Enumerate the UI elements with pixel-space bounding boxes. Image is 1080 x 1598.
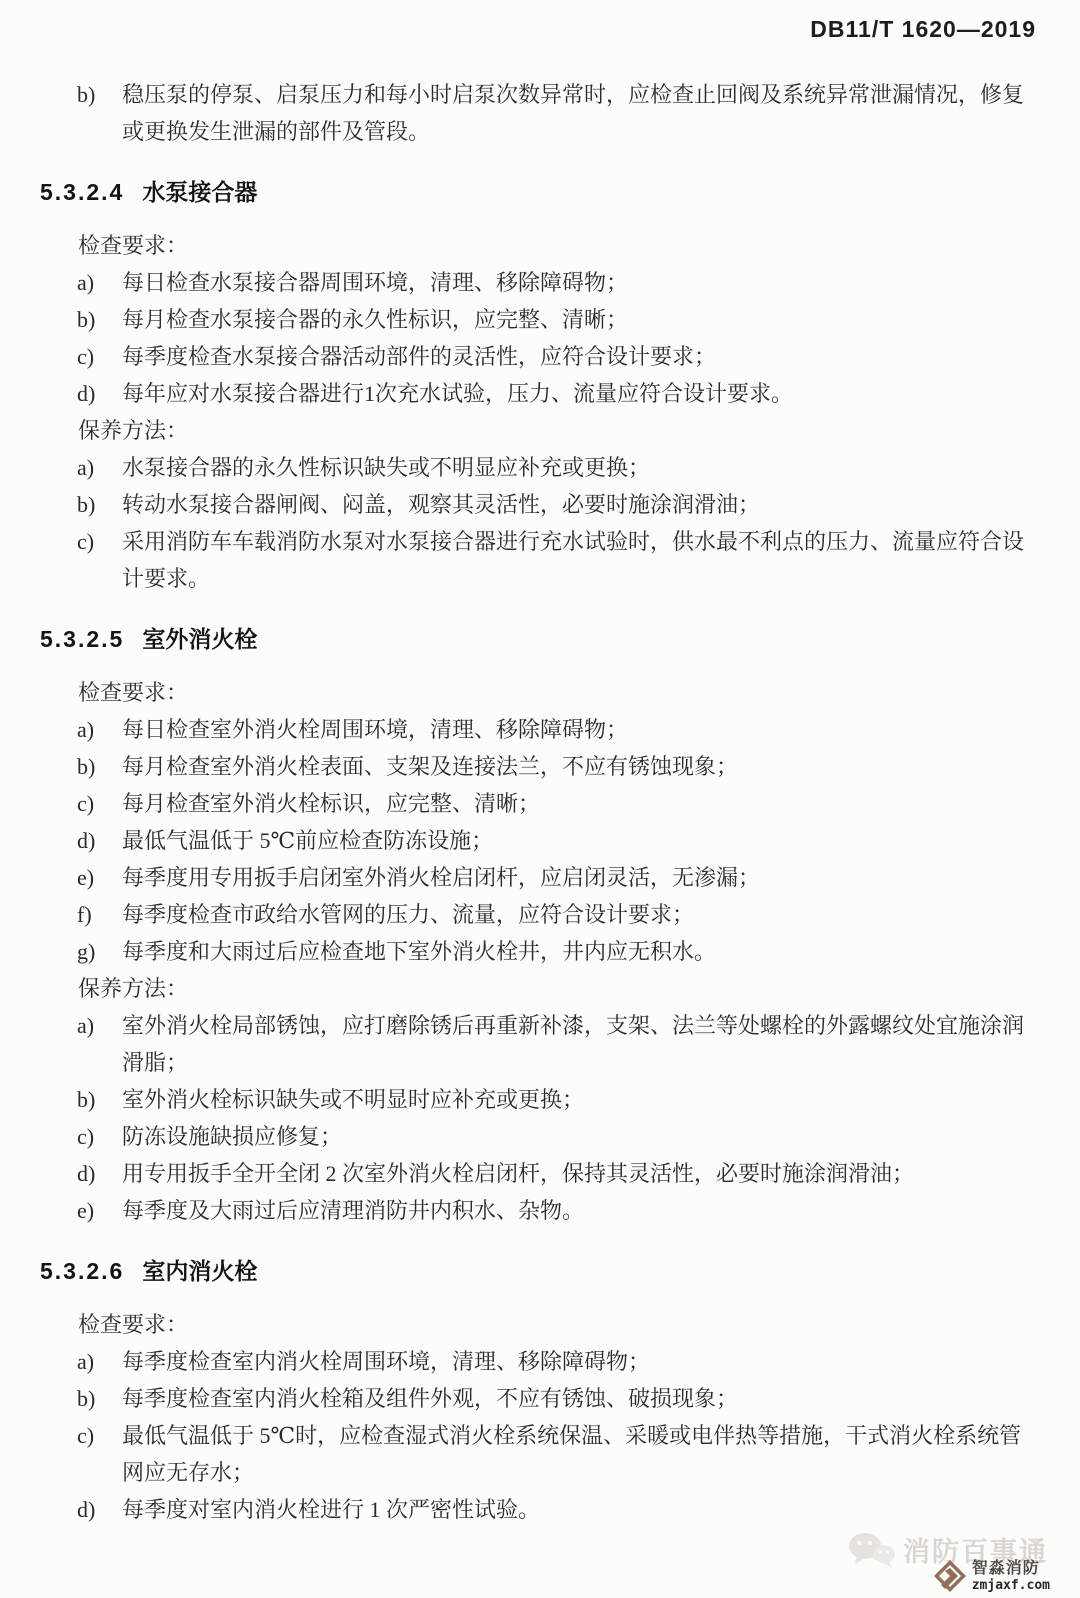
zhimiao-brand-name: 智淼消防	[972, 1560, 1050, 1578]
item-marker: d)	[77, 1155, 95, 1192]
list-label: 保养方法：	[78, 970, 1040, 1007]
item-marker: b)	[77, 748, 95, 785]
section-title: 室内消火栓	[142, 1258, 257, 1284]
document-content: b)稳压泵的停泵、启泵压力和每小时启泵次数异常时，应检查止回阀及系统异常泄漏情况…	[40, 76, 1040, 1528]
sections-container: 5.3.2.4水泵接合器检查要求：a)每日检查水泵接合器周围环境，清理、移除障碍…	[40, 172, 1040, 1528]
item-marker: a)	[77, 449, 94, 486]
list-item: a)水泵接合器的永久性标识缺失或不明显应补充或更换；	[77, 449, 1040, 486]
list-item: g)每季度和大雨过后应检查地下室外消火栓井，井内应无积水。	[77, 933, 1040, 970]
item-text: 每季度检查室内消火栓周围环境，清理、移除障碍物；	[122, 1349, 650, 1374]
list-item: b)每月检查室外消火栓表面、支架及连接法兰，不应有锈蚀现象；	[77, 748, 1040, 785]
item-text: 每季度及大雨过后应清理消防井内积水、杂物。	[122, 1198, 584, 1223]
section: 5.3.2.5室外消火栓检查要求：a)每日检查室外消火栓周围环境，清理、移除障碍…	[40, 619, 1040, 1229]
list-label: 检查要求：	[78, 674, 1040, 711]
list-item: c)每月检查室外消火栓标识，应完整、清晰；	[77, 785, 1040, 822]
list-item-lead: b)稳压泵的停泵、启泵压力和每小时启泵次数异常时，应检查止回阀及系统异常泄漏情况…	[77, 76, 1040, 150]
item-text: 室外消火栓标识缺失或不明显时应补充或更换；	[122, 1087, 584, 1112]
list-item: a)每日检查水泵接合器周围环境，清理、移除障碍物；	[77, 264, 1040, 301]
item-marker: b)	[77, 1081, 95, 1118]
item-text: 每月检查室外消火栓标识，应完整、清晰；	[122, 791, 540, 816]
item-text: 每季度和大雨过后应检查地下室外消火栓井，井内应无积水。	[122, 939, 716, 964]
list-item: c)每季度检查水泵接合器活动部件的灵活性，应符合设计要求；	[77, 338, 1040, 375]
item-marker: d)	[77, 822, 95, 859]
item-marker: b)	[77, 1380, 95, 1417]
list-item: d)每年应对水泵接合器进行1次充水试验，压力、流量应符合设计要求。	[77, 375, 1040, 412]
item-text: 每日检查室外消火栓周围环境，清理、移除障碍物；	[122, 717, 628, 742]
section-number: 5.3.2.5	[40, 626, 124, 652]
item-marker: g)	[77, 933, 95, 970]
section-heading: 5.3.2.5室外消火栓	[40, 619, 1040, 659]
item-text: 每月检查水泵接合器的永久性标识，应完整、清晰；	[122, 307, 628, 332]
list-label: 检查要求：	[78, 227, 1040, 264]
item-text: 转动水泵接合器闸阀、闷盖，观察其灵活性，必要时施涂润滑油；	[122, 492, 760, 517]
item-marker: b)	[77, 301, 95, 338]
item-text: 室外消火栓局部锈蚀，应打磨除锈后再重新补漆，支架、法兰等处螺栓的外露螺纹处宜施涂…	[122, 1013, 1024, 1075]
list-item: a)室外消火栓局部锈蚀，应打磨除锈后再重新补漆，支架、法兰等处螺栓的外露螺纹处宜…	[77, 1007, 1040, 1081]
list-item: f)每季度检查市政给水管网的压力、流量，应符合设计要求；	[77, 896, 1040, 933]
section-number: 5.3.2.6	[40, 1258, 124, 1284]
item-marker: a)	[77, 711, 94, 748]
list-item: e)每季度及大雨过后应清理消防井内积水、杂物。	[77, 1192, 1040, 1229]
item-text: 稳压泵的停泵、启泵压力和每小时启泵次数异常时，应检查止回阀及系统异常泄漏情况，修…	[122, 82, 1024, 144]
item-text: 每季度检查市政给水管网的压力、流量，应符合设计要求；	[122, 902, 694, 927]
item-marker: a)	[77, 1007, 94, 1044]
list-item: c)采用消防车车载消防水泵对水泵接合器进行充水试验时，供水最不利点的压力、流量应…	[77, 523, 1040, 597]
zhimiao-site-url: zmjaxf.com	[972, 1578, 1050, 1593]
item-marker: c)	[77, 785, 94, 822]
list-item: c)最低气温低于 5℃时，应检查湿式消火栓系统保温、采暖或电伴热等措施，干式消火…	[77, 1417, 1040, 1491]
item-text: 每日检查水泵接合器周围环境，清理、移除障碍物；	[122, 270, 628, 295]
item-marker: f)	[77, 896, 92, 933]
item-text: 最低气温低于 5℃前应检查防冻设施；	[122, 828, 493, 853]
item-text: 采用消防车车载消防水泵对水泵接合器进行充水试验时，供水最不利点的压力、流量应符合…	[122, 529, 1024, 591]
list-item: e)每季度用专用扳手启闭室外消火栓启闭杆，应启闭灵活，无渗漏；	[77, 859, 1040, 896]
zhimiao-watermark: 智淼消防 zmjaxf.com	[932, 1558, 1050, 1594]
item-text: 用专用扳手全开全闭 2 次室外消火栓启闭杆，保持其灵活性，必要时施涂润滑油；	[122, 1161, 914, 1186]
item-text: 每季度检查水泵接合器活动部件的灵活性，应符合设计要求；	[122, 344, 716, 369]
list-label: 检查要求：	[78, 1306, 1040, 1343]
item-text: 每季度对室内消火栓进行 1 次严密性试验。	[122, 1497, 540, 1522]
section-title: 室外消火栓	[142, 626, 257, 652]
section-number: 5.3.2.4	[40, 179, 124, 205]
item-marker: a)	[77, 264, 94, 301]
section: 5.3.2.6室内消火栓检查要求：a)每季度检查室内消火栓周围环境，清理、移除障…	[40, 1251, 1040, 1528]
item-marker: d)	[77, 375, 95, 412]
item-marker: c)	[77, 338, 94, 375]
item-text: 每季度用专用扳手启闭室外消火栓启闭杆，应启闭灵活，无渗漏；	[122, 865, 760, 890]
list-item: d)最低气温低于 5℃前应检查防冻设施；	[77, 822, 1040, 859]
list-label: 保养方法：	[78, 412, 1040, 449]
list-item: d)每季度对室内消火栓进行 1 次严密性试验。	[77, 1491, 1040, 1528]
item-text: 每年应对水泵接合器进行1次充水试验，压力、流量应符合设计要求。	[122, 381, 793, 406]
list-item: b)每月检查水泵接合器的永久性标识，应完整、清晰；	[77, 301, 1040, 338]
list-item: a)每日检查室外消火栓周围环境，清理、移除障碍物；	[77, 711, 1040, 748]
document-page: DB11/T 1620—2019 b)稳压泵的停泵、启泵压力和每小时启泵次数异常…	[0, 0, 1080, 1598]
doc-number: DB11/T 1620—2019	[810, 16, 1036, 43]
item-marker: b)	[77, 486, 95, 523]
item-marker: e)	[77, 1192, 94, 1229]
item-text: 最低气温低于 5℃时，应检查湿式消火栓系统保温、采暖或电伴热等措施，干式消火栓系…	[122, 1423, 1021, 1485]
section-heading: 5.3.2.4水泵接合器	[40, 172, 1040, 212]
item-text: 每季度检查室内消火栓箱及组件外观，不应有锈蚀、破损现象；	[122, 1386, 738, 1411]
wechat-icon	[847, 1531, 897, 1569]
list-item: a)每季度检查室内消火栓周围环境，清理、移除障碍物；	[77, 1343, 1040, 1380]
list-item: b)室外消火栓标识缺失或不明显时应补充或更换；	[77, 1081, 1040, 1118]
list-item: b)转动水泵接合器闸阀、闷盖，观察其灵活性，必要时施涂润滑油；	[77, 486, 1040, 523]
item-text: 水泵接合器的永久性标识缺失或不明显应补充或更换；	[122, 455, 650, 480]
list-item: c)防冻设施缺损应修复；	[77, 1118, 1040, 1155]
item-text: 防冻设施缺损应修复；	[122, 1124, 342, 1149]
section-heading: 5.3.2.6室内消火栓	[40, 1251, 1040, 1291]
section-title: 水泵接合器	[142, 179, 257, 205]
item-marker: b)	[77, 76, 95, 113]
zm-diamond-icon	[932, 1558, 968, 1594]
item-text: 每月检查室外消火栓表面、支架及连接法兰，不应有锈蚀现象；	[122, 754, 738, 779]
item-marker: d)	[77, 1491, 95, 1528]
list-item: d)用专用扳手全开全闭 2 次室外消火栓启闭杆，保持其灵活性，必要时施涂润滑油；	[77, 1155, 1040, 1192]
item-marker: a)	[77, 1343, 94, 1380]
item-marker: e)	[77, 859, 94, 896]
item-marker: c)	[77, 523, 94, 560]
section: 5.3.2.4水泵接合器检查要求：a)每日检查水泵接合器周围环境，清理、移除障碍…	[40, 172, 1040, 597]
item-marker: c)	[77, 1417, 94, 1454]
list-item: b)每季度检查室内消火栓箱及组件外观，不应有锈蚀、破损现象；	[77, 1380, 1040, 1417]
item-marker: c)	[77, 1118, 94, 1155]
